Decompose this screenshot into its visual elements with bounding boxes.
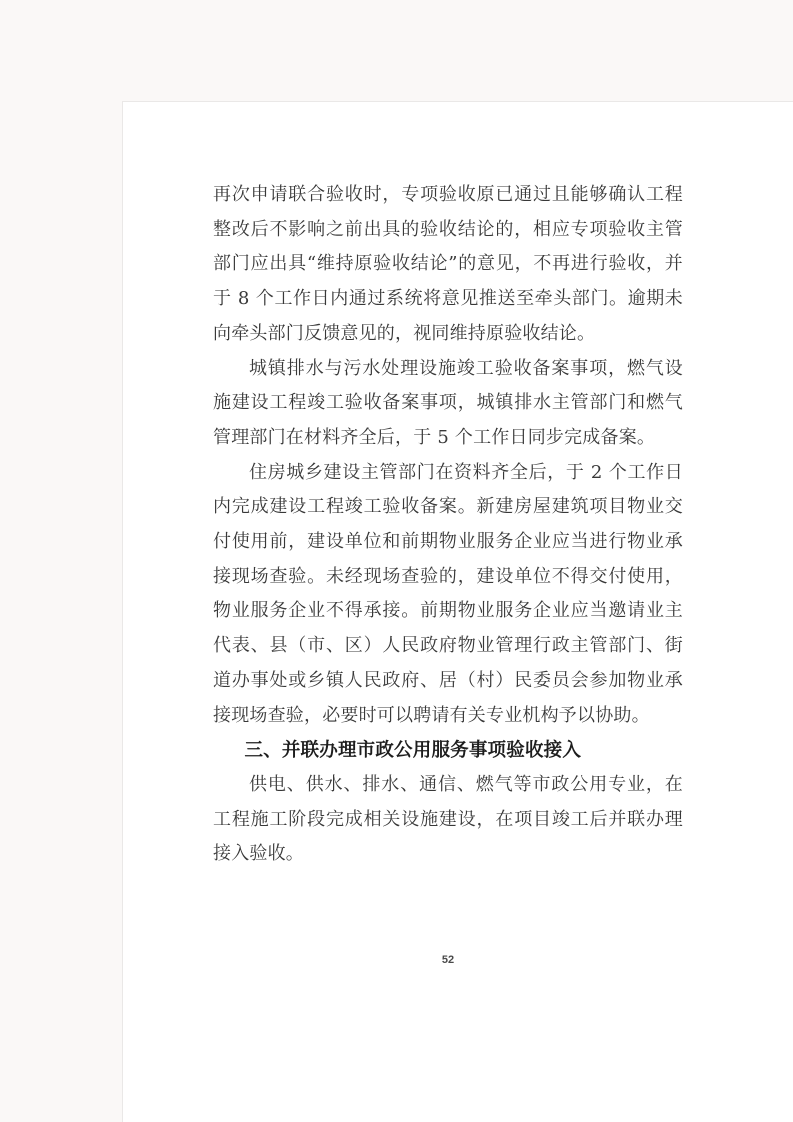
paragraph-municipal-utilities: 供电、供水、排水、通信、燃气等市政公用专业，在工程施工阶段完成相关设施建设，在项… xyxy=(213,768,683,872)
page-text-block: 再次申请联合验收时，专项验收原已通过且能够确认工程整改后不影响之前出具的验收结论… xyxy=(213,178,683,872)
section-heading-three: 三、并联办理市政公用服务事项验收接入 xyxy=(213,733,683,768)
paragraph-continued: 再次申请联合验收时，专项验收原已通过且能够确认工程整改后不影响之前出具的验收结论… xyxy=(213,178,683,352)
paragraph-housing-construction-filing: 住房城乡建设主管部门在资料齐全后，于 2 个工作日内完成建设工程竣工验收备案。新… xyxy=(213,456,683,734)
paragraph-drainage-gas-filing: 城镇排水与污水处理设施竣工验收备案事项，燃气设施建设工程竣工验收备案事项，城镇排… xyxy=(213,352,683,456)
page-number: 52 xyxy=(213,954,683,966)
document-page: 再次申请联合验收时，专项验收原已通过且能够确认工程整改后不影响之前出具的验收结论… xyxy=(122,101,793,1122)
